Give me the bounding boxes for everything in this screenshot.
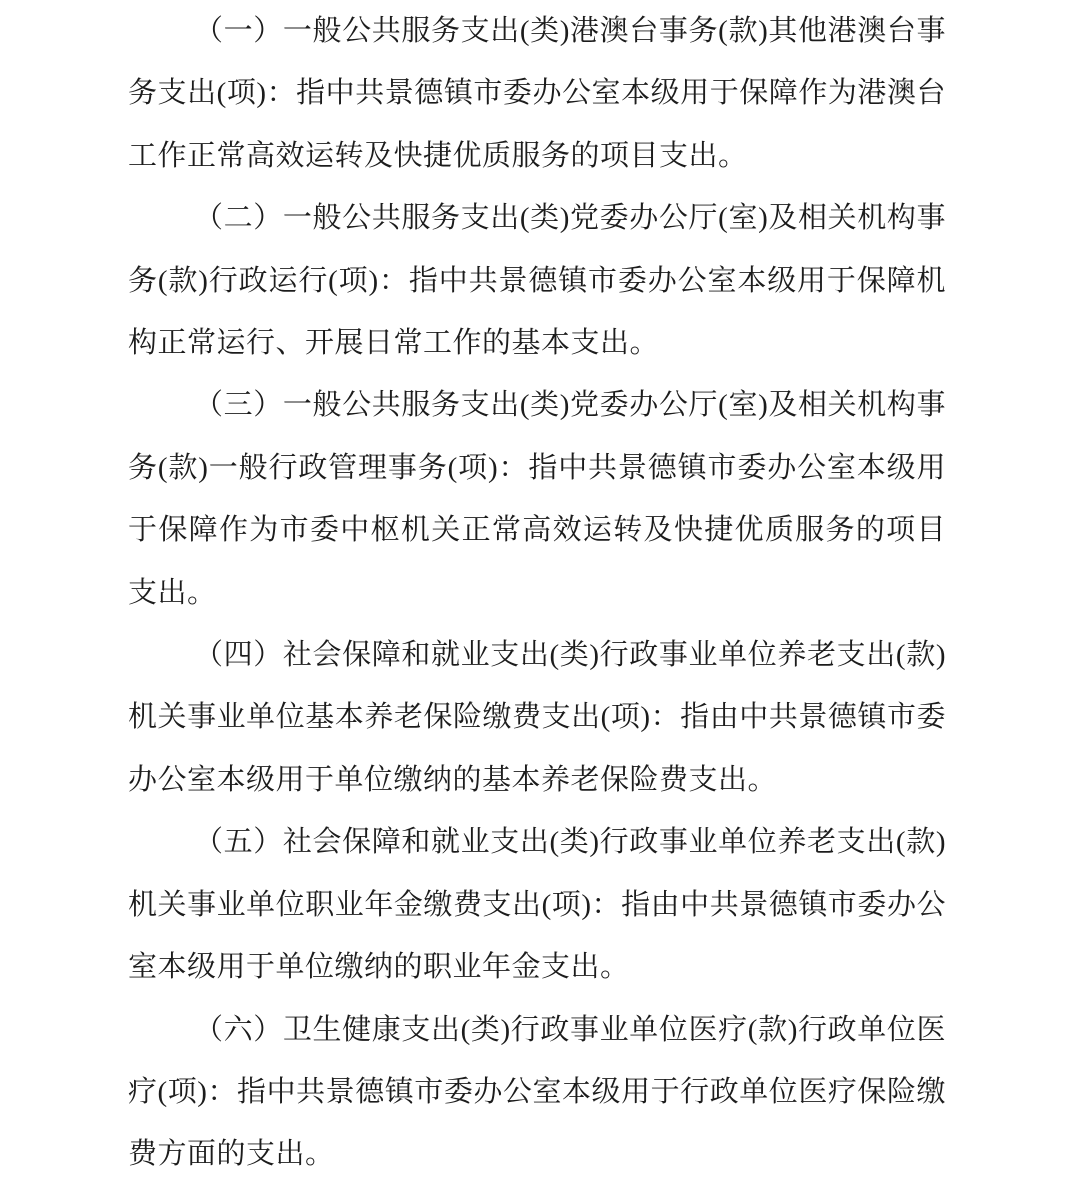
paragraph-1-general-public-service-hk-macao-taiwan: （一）一般公共服务支出(类)港澳台事务(款)其他港澳台事 务支出(项)：指中共景… [128, 0, 946, 187]
paragraph-4-social-security-basic-pension: （四）社会保障和就业支出(类)行政事业单位养老支出(款) 机关事业单位基本养老保… [128, 624, 946, 811]
text-line: （二）一般公共服务支出(类)党委办公厅(室)及相关机构事 [128, 187, 946, 249]
text-line: 机关事业单位职业年金缴费支出(项)：指由中共景德镇市委办公 [128, 874, 946, 936]
paragraph-6-health-medical-insurance: （六）卫生健康支出(类)行政事业单位医疗(款)行政单位医 疗(项)：指中共景德镇… [128, 999, 946, 1186]
text-line: 构正常运行、开展日常工作的基本支出。 [128, 312, 946, 374]
paragraph-5-social-security-occupational-annuity: （五）社会保障和就业支出(类)行政事业单位养老支出(款) 机关事业单位职业年金缴… [128, 811, 946, 998]
text-line: 务支出(项)：指中共景德镇市委办公室本级用于保障作为港澳台 [128, 62, 946, 124]
paragraph-2-general-public-service-admin-operation: （二）一般公共服务支出(类)党委办公厅(室)及相关机构事 务(款)行政运行(项)… [128, 187, 946, 374]
text-line: 于保障作为市委中枢机关正常高效运转及快捷优质服务的项目 [128, 499, 946, 561]
text-line: （三）一般公共服务支出(类)党委办公厅(室)及相关机构事 [128, 374, 946, 436]
text-line: 室本级用于单位缴纳的职业年金支出。 [128, 936, 946, 998]
text-line: 疗(项)：指中共景德镇市委办公室本级用于行政单位医疗保险缴 [128, 1061, 946, 1123]
text-line: 工作正常高效运转及快捷优质服务的项目支出。 [128, 125, 946, 187]
text-line: 办公室本级用于单位缴纳的基本养老保险费支出。 [128, 749, 946, 811]
text-line: 费方面的支出。 [128, 1123, 946, 1185]
text-line: 务(款)一般行政管理事务(项)：指中共景德镇市委办公室本级用 [128, 437, 946, 499]
text-line: 机关事业单位基本养老保险缴费支出(项)：指由中共景德镇市委 [128, 686, 946, 748]
text-line: （六）卫生健康支出(类)行政事业单位医疗(款)行政单位医 [128, 999, 946, 1061]
text-line: （四）社会保障和就业支出(类)行政事业单位养老支出(款) [128, 624, 946, 686]
text-line: 支出。 [128, 562, 946, 624]
text-line: （一）一般公共服务支出(类)港澳台事务(款)其他港澳台事 [128, 0, 946, 62]
text-block: （一）一般公共服务支出(类)港澳台事务(款)其他港澳台事 务支出(项)：指中共景… [128, 0, 946, 1186]
text-line: （五）社会保障和就业支出(类)行政事业单位养老支出(款) [128, 811, 946, 873]
paragraph-3-general-public-service-general-admin-affairs: （三）一般公共服务支出(类)党委办公厅(室)及相关机构事 务(款)一般行政管理事… [128, 374, 946, 624]
document-page: （一）一般公共服务支出(类)港澳台事务(款)其他港澳台事 务支出(项)：指中共景… [0, 0, 1074, 1186]
text-line: 务(款)行政运行(项)：指中共景德镇市委办公室本级用于保障机 [128, 250, 946, 312]
